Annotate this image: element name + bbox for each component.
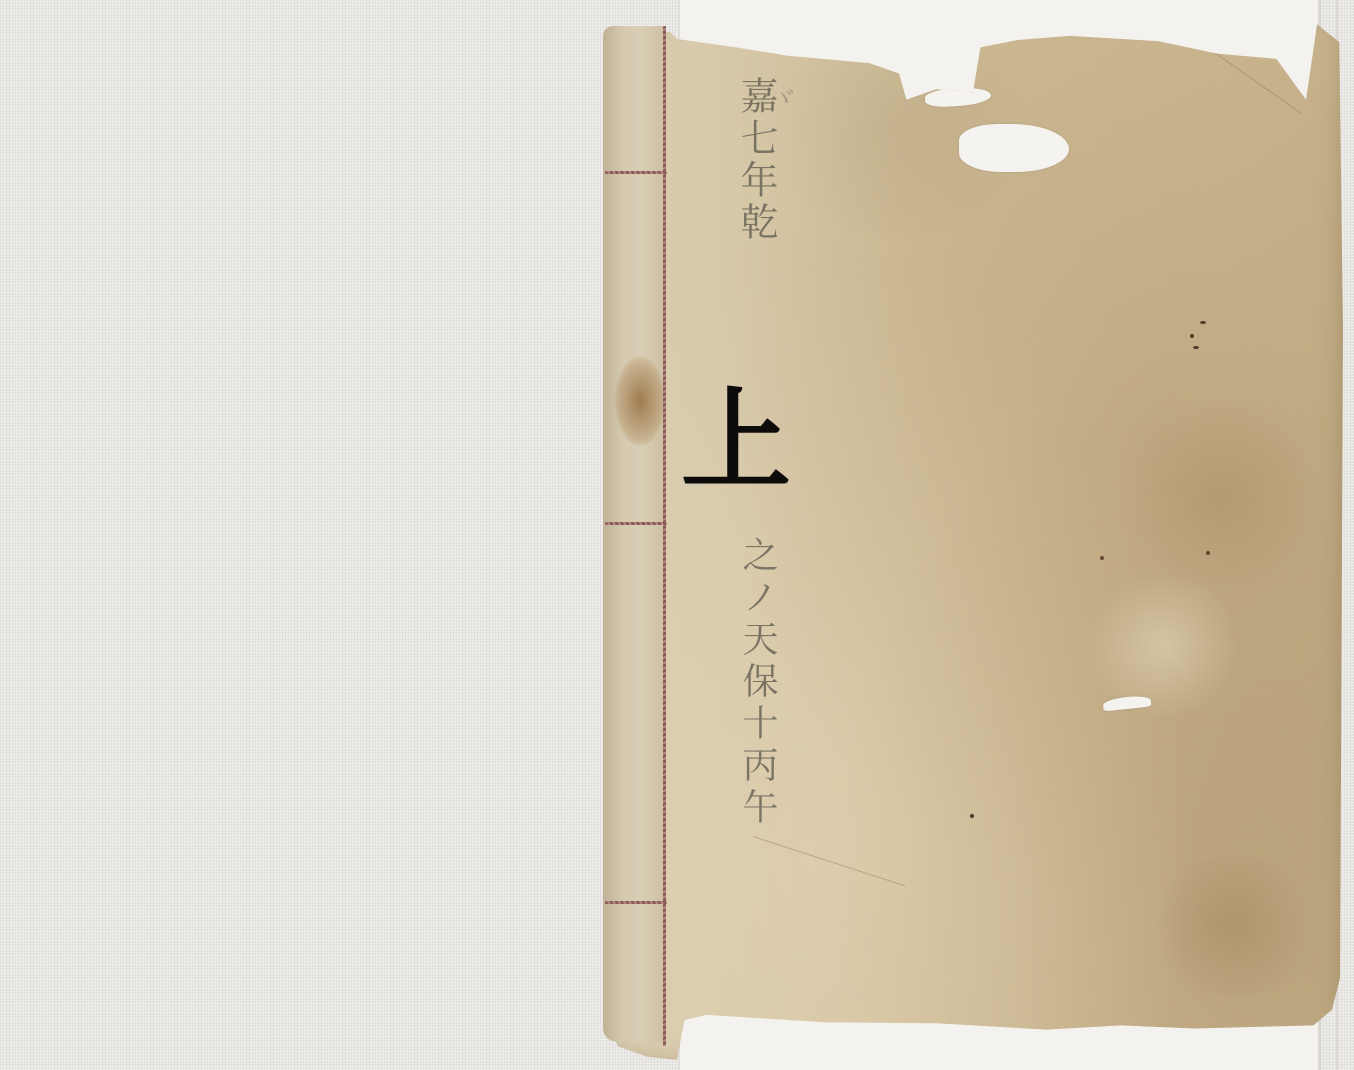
paper-loss: [959, 124, 1069, 172]
binding-stitch: [605, 171, 667, 174]
ink-speck: [970, 814, 974, 818]
ink-speck: [1200, 321, 1206, 324]
ink-speck: [1190, 334, 1194, 338]
ink-speck: [1206, 551, 1210, 555]
volume-mark: 上: [691, 371, 781, 511]
ink-speck: [1100, 556, 1104, 560]
paper-crease: [753, 836, 905, 886]
book: ヾ 嘉七年乾 上 之ノ天保十丙午: [603, 16, 1343, 1062]
water-stain: [1123, 396, 1323, 596]
ink-speck: [1193, 346, 1199, 349]
water-stain: [1083, 576, 1243, 716]
binding-stitch: [605, 522, 667, 525]
paper-crease: [1163, 16, 1303, 114]
binding-thread: [663, 26, 666, 1046]
handwritten-inscription-lower: 之ノ天保十丙午: [695, 536, 775, 830]
water-stain: [615, 356, 665, 446]
book-spine: [603, 26, 666, 1042]
handwritten-inscription-upper: 嘉七年乾: [695, 76, 775, 244]
water-stain: [1143, 856, 1323, 996]
binding-stitch: [605, 901, 667, 904]
